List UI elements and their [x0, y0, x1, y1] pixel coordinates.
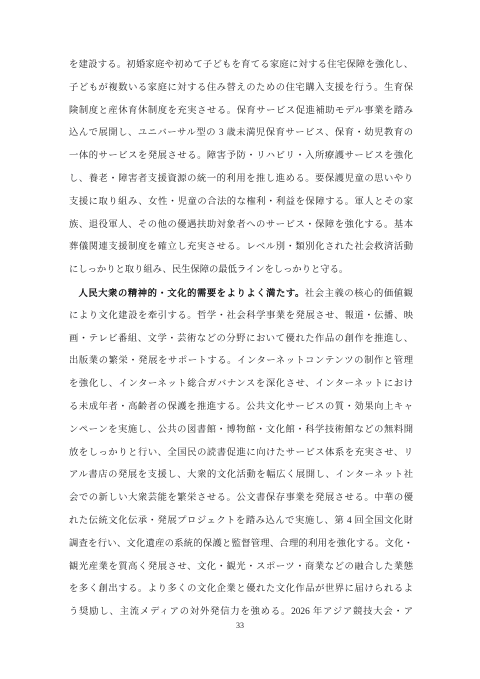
text-line: を建設する。初婚家庭や初めて子どもを育てる家庭に対する住宅保障を強化し、	[69, 54, 413, 77]
text-line: 子どもが複数いる家庭に対する住み替えのための住宅購入支援を行う。生育保	[69, 77, 413, 100]
text-line: 会での新しい大衆芸能を繁栄させる。公文書保存事業を発展させる。中華の優	[69, 487, 413, 510]
text-line: 込んで展開し、ユニバーサル型の 3 歳未満児保育サービス、保育・幼児教育の	[69, 122, 413, 145]
text-line: 族、退役軍人、その他の優遇扶助対象者へのサービス・保障を強化する。基本	[69, 214, 413, 237]
text-line: れた伝統文化伝承・発展プロジェクトを踏み込んで実施し、第 4 回全国文化財	[69, 510, 413, 533]
text-block: を建設する。初婚家庭や初めて子どもを育てる家庭に対する住宅保障を強化し、 子ども…	[69, 54, 413, 624]
text-line: 葬儀関連支援制度を確立し充実させる。レベル別・類別化された社会救済活動	[69, 236, 413, 259]
text-line: を強化し、インターネット総合ガバナンスを深化させ、インターネットにおけ	[69, 373, 413, 396]
text-line: 一体的サービスを発展させる。障害予防・リハビリ・入所療護サービスを強化	[69, 145, 413, 168]
text-line: を多く創出する。より多くの文化企業と優れた文化作品が世界に届けられるよ	[69, 578, 413, 601]
text-line: 険制度と産休育休制度を充実させる。保育サービス促進補助モデル事業を踏み	[69, 100, 413, 123]
text-line: 画・テレビ番組、文学・芸術などの分野において優れた作品の創作を推進し、	[69, 328, 413, 351]
paragraph-lead-rest: 社会主義の核心的価値観	[305, 289, 413, 299]
paragraph-start-line: 人民大衆の精神的・文化的需要をよりよく満たす。社会主義の核心的価値観	[69, 282, 413, 305]
text-line: 出版業の繁栄・発展をサポートする。インターネットコンテンツの制作と管理	[69, 350, 413, 373]
paragraph-end-line: にしっかりと取り組み、民生保障の最低ラインをしっかりと守る。	[69, 259, 413, 282]
text-line: ンペーンを実施し、公共の図書館・博物館・文化館・科学技術館などの無料開	[69, 419, 413, 442]
page-number: 33	[0, 620, 480, 632]
text-line: により文化建設を牽引する。哲学・社会科学事業を発展させ、報道・伝播、映	[69, 305, 413, 328]
text-line: 観光産業を質高く発展させ、文化・観光・スポーツ・商業などの融合した業態	[69, 556, 413, 579]
paragraph-lead-bold: 人民大衆の精神的・文化的需要をよりよく満たす。	[79, 288, 305, 298]
text-line: 放をしっかりと行い、全国民の読書促進に向けたサービス体系を充実させ、リ	[69, 442, 413, 465]
text-line: る未成年者・高齢者の保護を推進する。公共文化サービスの質・効果向上キャ	[69, 396, 413, 419]
text-line: 支援に取り組み、女性・児童の合法的な権利・利益を保障する。軍人とその家	[69, 191, 413, 214]
document-page: を建設する。初婚家庭や初めて子どもを育てる家庭に対する住宅保障を強化し、 子ども…	[0, 0, 480, 679]
text-line: 調査を行い、文化遺産の系統的保護と監督管理、合理的利用を強化する。文化・	[69, 533, 413, 556]
text-line: し、養老・障害者支援資源の統一的利用を推し進める。要保護児童の思いやり	[69, 168, 413, 191]
text-line: アル書店の発展を支援し、大衆的文化活動を幅広く展開し、インターネット社	[69, 464, 413, 487]
